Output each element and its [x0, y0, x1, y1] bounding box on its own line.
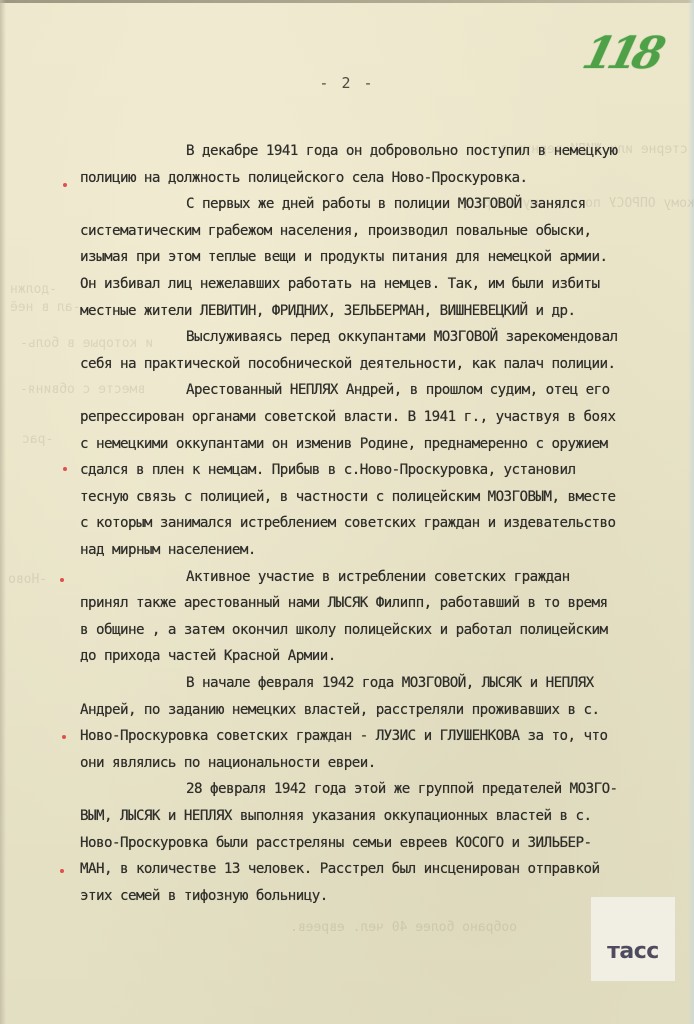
document-line: тесную связь с полицией, в частности с п…: [80, 489, 615, 505]
document-line: с немецкими оккупантами он изменив Родин…: [80, 436, 607, 452]
tass-logo: ТАСС: [591, 939, 675, 964]
document-line: изымая при этом теплые вещи и продукты п…: [80, 249, 607, 265]
document-line: С первых же дней работы в полиции МОЗГОВ…: [186, 196, 586, 212]
document-line: Арестованный НЕПЛЯХ Андрей, в прошлом су…: [186, 382, 610, 398]
document-line: МАН, в количестве 13 человек. Расстрел б…: [80, 861, 599, 877]
tass-watermark: ТАСС: [591, 897, 675, 981]
document-line: 28 февраля 1942 года этой же группой пре…: [186, 781, 618, 797]
document-line: Ново-Проскуровка были расстреляны семьи …: [80, 835, 591, 851]
document-line: над мирным населением.: [80, 542, 256, 558]
document-line: этих семей в тифозную больницу.: [80, 888, 328, 904]
document-line: они являлись по национальности евреи.: [80, 755, 376, 771]
document-line: репрессирован органами советской власти.…: [80, 409, 615, 425]
document-line: сдался в плен к немцам. Прибыв в с.Ново-…: [80, 462, 575, 478]
bleed-through-text: -рас: [22, 432, 53, 447]
bleed-through-text: ообрано более 40 чел. евреев.: [290, 920, 517, 935]
document-line: до прихода частей Красной Армии.: [80, 648, 336, 664]
document-line: Активное участие в истреблении советских…: [186, 569, 570, 585]
page-number: - 2 -: [300, 74, 394, 92]
red-margin-mark: [62, 735, 66, 739]
bleed-through-text: -ал в неё: [10, 300, 80, 315]
bleed-through-text: вместе с обвиня-: [20, 382, 145, 397]
red-margin-mark: [60, 869, 64, 873]
document-page: стерне или ЖИДИ вернув в немецкому ОПРОС…: [0, 0, 694, 1024]
bleed-through-text: и которые в боль-: [20, 336, 153, 351]
handwritten-folio-number: 118: [578, 28, 665, 79]
document-line: В начале февраля 1942 года МОЗГОВОЙ, ЛЫС…: [186, 675, 594, 691]
document-line: ВЫМ, ЛЫСЯК и НЕПЛЯХ выполняя указания ок…: [80, 808, 591, 824]
document-line: принял также арестованный нами ЛЫСЯК Фил…: [80, 595, 607, 611]
document-line: полицию на должность полицейского села Н…: [80, 170, 528, 186]
document-line: систематическим грабежом населения, прои…: [80, 223, 591, 239]
document-line: с которым занимался истреблением советск…: [80, 515, 615, 531]
document-line: Ново-Проскуровка советских граждан - ЛУЗ…: [80, 728, 607, 744]
red-margin-mark: [63, 183, 67, 187]
document-line: себя на практической пособнической деяте…: [80, 356, 615, 372]
page-top-edge: [0, 0, 694, 3]
bleed-through-text: -должн: [10, 282, 57, 297]
document-line: Андрей, по заданию немецких властей, рас…: [80, 702, 599, 718]
document-line: Выслуживаясь перед оккупантами МОЗГОВОЙ …: [186, 329, 618, 345]
page-right-edge: [688, 0, 694, 1024]
document-line: местные жители ЛЕВИТИН, ФРИДНИХ, ЗЕЛЬБЕР…: [80, 303, 575, 319]
document-line: В декабре 1941 года он добровольно посту…: [186, 143, 618, 159]
red-margin-mark: [63, 467, 67, 471]
bleed-through-text: -Ново: [8, 572, 47, 587]
document-line: в общине , а затем окончил школу полицей…: [80, 622, 607, 638]
page-left-edge: [0, 0, 6, 1024]
document-line: Он избивал лиц нежелавших работать на не…: [80, 276, 599, 292]
red-margin-mark: [60, 578, 64, 582]
